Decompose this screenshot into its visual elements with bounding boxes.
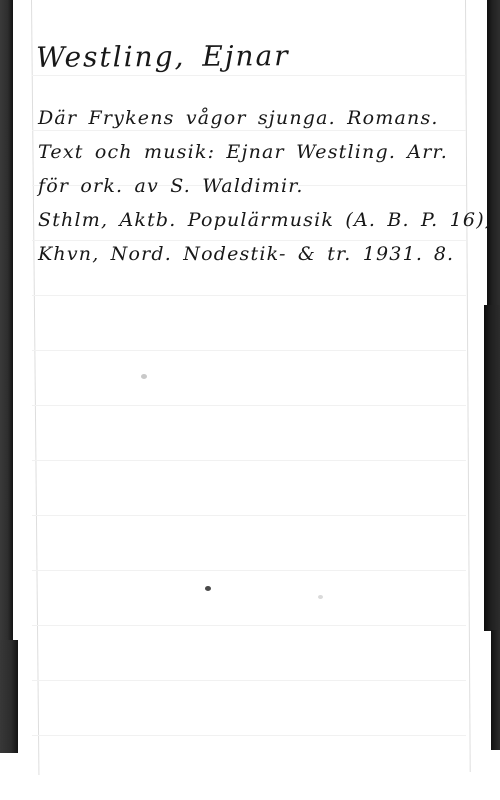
rule-line xyxy=(32,680,466,681)
rule-line xyxy=(32,405,466,406)
card-line-arrangement: för ork. av S. Waldimir. xyxy=(38,169,464,203)
rule-line xyxy=(32,295,466,296)
card-line-publisher: Sthlm, Aktb. Populärmusik (A. B. P. 16),… xyxy=(38,203,464,237)
card-line-title: Där Frykens vågor sjunga. Romans. xyxy=(38,101,464,135)
scan-edge-left-top xyxy=(0,0,13,641)
scan-edge-right-top xyxy=(487,0,500,306)
card-line-credits: Text och musik: Ejnar Westling. Arr. xyxy=(38,135,464,169)
scan-speck xyxy=(318,595,323,599)
card-line-imprint-row: Khvn, Nord. Nodestik- & tr. 1931. 8. xyxy=(38,237,464,271)
scan-speck xyxy=(205,586,211,591)
rule-line xyxy=(32,515,466,516)
card-format-size: 8. xyxy=(434,237,464,271)
rule-line xyxy=(32,625,466,626)
scanned-catalog-card: Westling, Ejnar Där Frykens vågor sjunga… xyxy=(0,0,500,800)
rule-line xyxy=(32,735,466,736)
rule-line xyxy=(32,460,466,461)
rule-line xyxy=(32,350,466,351)
scan-edge-right-bottom xyxy=(491,630,500,750)
card-heading-author: Westling, Ejnar xyxy=(36,39,290,74)
scan-edge-left-bottom xyxy=(0,640,18,753)
card-right-edge-line xyxy=(465,0,471,772)
rule-line xyxy=(32,75,466,76)
scan-edge-right-mid xyxy=(484,305,500,631)
scan-speck xyxy=(141,374,147,379)
rule-line xyxy=(32,570,466,571)
card-line-imprint: Khvn, Nord. Nodestik- & tr. 1931. xyxy=(38,237,423,271)
card-body: Där Frykens vågor sjunga. Romans. Text o… xyxy=(38,101,464,271)
